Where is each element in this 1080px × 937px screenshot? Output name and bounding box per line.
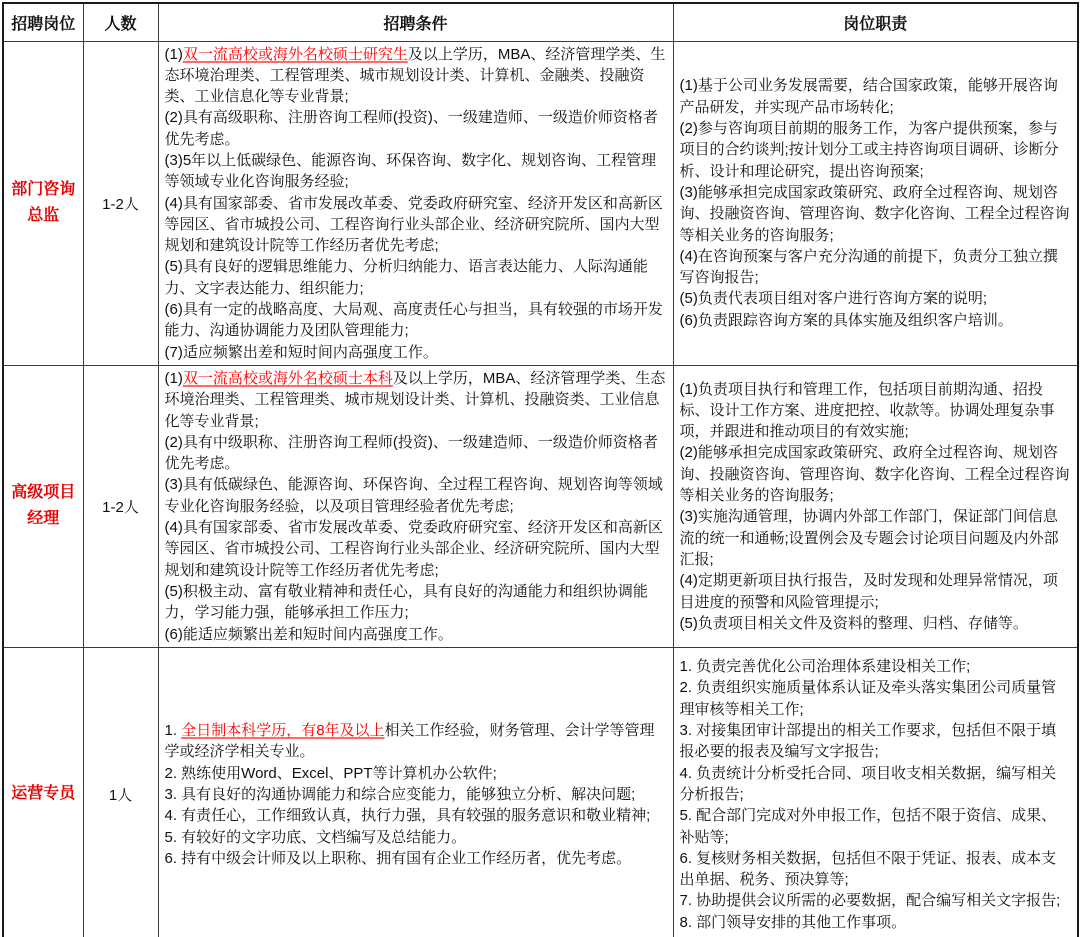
text-segment: 7. 协助提供会议所需的必要数据，配合编写相关文字报告; (680, 892, 1061, 909)
list-item: 3. 具有良好的沟通协调能力和综合应变能力，能够独立分析、解决问题; (165, 784, 667, 805)
header-requirements: 招聘条件 (158, 3, 673, 41)
text-segment: (7)适应频繁出差和短时间内高强度工作。 (165, 344, 438, 361)
text-segment: (1) (165, 370, 183, 387)
list-item: (2)参与咨询项目前期的服务工作，为客户提供预案，参与项目的合约谈判;按计划分工… (680, 118, 1072, 182)
duties-cell: 1. 负责完善优化公司治理体系建设相关工作;2. 负责组织实施质量体系认证及牵头… (673, 647, 1078, 937)
list-item: (3)具有低碳绿色、能源咨询、环保咨询、全过程工程咨询、规划咨询等领域专业化咨询… (165, 474, 667, 517)
list-item: 6. 持有中级会计师及以上职称、拥有国有企业工作经历者，优先考虑。 (165, 848, 667, 869)
text-segment: 5. 配合部门完成对外申报工作，包括不限于资信、成果、补贴等; (680, 807, 1057, 845)
list-item: (6)负责跟踪咨询方案的具体实施及组织客户培训。 (680, 310, 1072, 331)
red-underlined-text: 双一流高校或海外名校硕士研究生 (183, 46, 408, 63)
list-item: (1)双一流高校或海外名校硕士研究生及以上学历，MBA、经济管理学类、生态环境治… (165, 44, 667, 108)
text-segment: (2)参与咨询项目前期的服务工作，为客户提供预案，参与项目的合约谈判;按计划分工… (680, 120, 1059, 180)
table-row: 运营专员 1人 1. 全日制本科学历，有8年及以上相关工作经验，财务管理、会计学… (3, 647, 1078, 937)
list-item: (5)具有良好的逻辑思维能力、分析归纳能力、语言表达能力、人际沟通能力、文字表达… (165, 256, 667, 299)
text-segment: (5)负责项目相关文件及资料的整理、归档、存储等。 (680, 615, 1028, 632)
text-segment: (6)负责跟踪咨询方案的具体实施及组织客户培训。 (680, 312, 1013, 329)
list-item: (5)积极主动、富有敬业精神和责任心，具有良好的沟通能力和组织协调能力，学习能力… (165, 581, 667, 624)
text-segment: (4)具有国家部委、省市发展改革委、党委政府研究室、经济开发区和高新区等园区、省… (165, 519, 663, 579)
text-segment: (5)积极主动、富有敬业精神和责任心，具有良好的沟通能力和组织协调能力，学习能力… (165, 583, 648, 621)
text-segment: (1) (165, 46, 183, 63)
text-segment: (6)能适应频繁出差和短时间内高强度工作。 (165, 626, 453, 643)
list-item: 5. 配合部门完成对外申报工作，包括不限于资信、成果、补贴等; (680, 805, 1072, 848)
text-segment: (2)具有高级职称、注册咨询工程师(投资)、一级建造师、一级造价师资格者优先考虑… (165, 109, 658, 147)
list-item: (6)能适应频繁出差和短时间内高强度工作。 (165, 624, 667, 645)
list-item: 1. 全日制本科学历，有8年及以上相关工作经验，财务管理、会计学等管理学或经济学… (165, 720, 667, 763)
list-item: (5)负责项目相关文件及资料的整理、归档、存储等。 (680, 613, 1072, 634)
text-segment: 2. 负责组织实施质量体系认证及牵头落实集团公司质量管理审核等相关工作; (680, 679, 1057, 717)
table-row: 高级项目经理 1-2人 (1)双一流高校或海外名校硕士本科及以上学历，MBA、经… (3, 365, 1078, 647)
text-segment: (5)负责代表项目组对客户进行咨询方案的说明; (680, 290, 988, 307)
red-underlined-text: 全日制本科学历，有8年及以上 (181, 722, 384, 739)
list-item: (2)具有中级职称、注册咨询工程师(投资)、一级建造师、一级造价师资格者优先考虑… (165, 432, 667, 475)
requirements-cell: (1)双一流高校或海外名校硕士本科及以上学历，MBA、经济管理学类、生态环境治理… (158, 365, 673, 647)
headcount-value: 1人 (83, 647, 158, 937)
list-item: 2. 熟练使用Word、Excel、PPT等计算机办公软件; (165, 763, 667, 784)
table-row: 部门咨询总监 1-2人 (1)双一流高校或海外名校硕士研究生及以上学历，MBA、… (3, 41, 1078, 365)
table-header-row: 招聘岗位 人数 招聘条件 岗位职责 (3, 3, 1078, 41)
text-segment: (6)具有一定的战略高度、大局观、高度责任心与担当，具有较强的市场开发能力、沟通… (165, 301, 663, 339)
list-item: 2. 负责组织实施质量体系认证及牵头落实集团公司质量管理审核等相关工作; (680, 677, 1072, 720)
text-segment: 3. 对接集团审计部提出的相关工作要求，包括但不限于填报必要的报表及编写文字报告… (680, 722, 1057, 760)
list-item: 1. 负责完善优化公司治理体系建设相关工作; (680, 656, 1072, 677)
list-item: (1)负责项目执行和管理工作，包括项目前期沟通、招投标、设计工作方案、进度把控、… (680, 379, 1072, 443)
text-segment: (2)能够承担完成国家政策研究、政府全过程咨询、规划咨询、投融资咨询、管理咨询、… (680, 444, 1070, 504)
text-segment: (3)5年以上低碳绿色、能源咨询、环保咨询、数字化、规划咨询、工程管理等领域专业… (165, 152, 657, 190)
headcount-value: 1-2人 (83, 41, 158, 365)
text-segment: 1. 负责完善优化公司治理体系建设相关工作; (680, 658, 971, 675)
list-item: (4)具有国家部委、省市发展改革委、党委政府研究室、经济开发区和高新区等园区、省… (165, 193, 667, 257)
recruitment-table: 招聘岗位 人数 招聘条件 岗位职责 部门咨询总监 1-2人 (1)双一流高校或海… (2, 2, 1079, 937)
text-segment: (3)具有低碳绿色、能源咨询、环保咨询、全过程工程咨询、规划咨询等领域专业化咨询… (165, 476, 663, 514)
header-headcount: 人数 (83, 3, 158, 41)
list-item: (6)具有一定的战略高度、大局观、高度责任心与担当，具有较强的市场开发能力、沟通… (165, 299, 667, 342)
text-segment: (4)定期更新项目执行报告，及时发现和处理异常情况，项目进度的预警和风险管理提示… (680, 572, 1058, 610)
text-segment: 6. 复核财务相关数据，包括但不限于凭证、报表、成本支出单据、税务、预决算等; (680, 850, 1057, 888)
text-segment: 8. 部门领导安排的其他工作事项。 (680, 914, 907, 931)
text-segment: 5. 有较好的文字功底、文档编写及总结能力。 (165, 829, 467, 846)
text-segment: 4. 负责统计分析受托合同、项目收支相关数据，编写相关分析报告; (680, 765, 1057, 803)
list-item: (4)具有国家部委、省市发展改革委、党委政府研究室、经济开发区和高新区等园区、省… (165, 517, 667, 581)
list-item: (3)能够承担完成国家政策研究、政府全过程咨询、规划咨询、投融资咨询、管理咨询、… (680, 182, 1072, 246)
position-name: 运营专员 (3, 647, 83, 937)
text-segment: (2)具有中级职称、注册咨询工程师(投资)、一级建造师、一级造价师资格者优先考虑… (165, 434, 658, 472)
text-segment: (1)基于公司业务发展需要，结合国家政策，能够开展咨询产品研发，并实现产品市场转… (680, 77, 1058, 115)
list-item: (3)实施沟通管理，协调内外部工作部门，保证部门间信息流的统一和通畅;设置例会及… (680, 506, 1072, 570)
text-segment: 6. 持有中级会计师及以上职称、拥有国有企业工作经历者，优先考虑。 (165, 850, 632, 867)
position-name: 高级项目经理 (3, 365, 83, 647)
text-segment: 4. 有责任心，工作细致认真，执行力强，具有较强的服务意识和敬业精神; (165, 807, 651, 824)
requirements-cell: 1. 全日制本科学历，有8年及以上相关工作经验，财务管理、会计学等管理学或经济学… (158, 647, 673, 937)
header-position: 招聘岗位 (3, 3, 83, 41)
header-duties: 岗位职责 (673, 3, 1078, 41)
text-segment: (5)具有良好的逻辑思维能力、分析归纳能力、语言表达能力、人际沟通能力、文字表达… (165, 258, 648, 296)
position-name: 部门咨询总监 (3, 41, 83, 365)
list-item: 5. 有较好的文字功底、文档编写及总结能力。 (165, 827, 667, 848)
requirements-cell: (1)双一流高校或海外名校硕士研究生及以上学历，MBA、经济管理学类、生态环境治… (158, 41, 673, 365)
text-segment: (3)能够承担完成国家政策研究、政府全过程咨询、规划咨询、投融资咨询、管理咨询、… (680, 184, 1070, 244)
list-item: (1)基于公司业务发展需要，结合国家政策，能够开展咨询产品研发，并实现产品市场转… (680, 75, 1072, 118)
list-item: (3)5年以上低碳绿色、能源咨询、环保咨询、数字化、规划咨询、工程管理等领域专业… (165, 150, 667, 193)
list-item: (5)负责代表项目组对客户进行咨询方案的说明; (680, 288, 1072, 309)
list-item: (2)具有高级职称、注册咨询工程师(投资)、一级建造师、一级造价师资格者优先考虑… (165, 107, 667, 150)
text-segment: (4)具有国家部委、省市发展改革委、党委政府研究室、经济开发区和高新区等园区、省… (165, 195, 663, 255)
list-item: (1)双一流高校或海外名校硕士本科及以上学历，MBA、经济管理学类、生态环境治理… (165, 368, 667, 432)
list-item: (4)定期更新项目执行报告，及时发现和处理异常情况，项目进度的预警和风险管理提示… (680, 570, 1072, 613)
list-item: (2)能够承担完成国家政策研究、政府全过程咨询、规划咨询、投融资咨询、管理咨询、… (680, 442, 1072, 506)
duties-cell: (1)基于公司业务发展需要，结合国家政策，能够开展咨询产品研发，并实现产品市场转… (673, 41, 1078, 365)
list-item: 7. 协助提供会议所需的必要数据，配合编写相关文字报告; (680, 890, 1072, 911)
duties-cell: (1)负责项目执行和管理工作，包括项目前期沟通、招投标、设计工作方案、进度把控、… (673, 365, 1078, 647)
text-segment: 2. 熟练使用Word、Excel、PPT等计算机办公软件; (165, 765, 497, 782)
text-segment: (1)负责项目执行和管理工作，包括项目前期沟通、招投标、设计工作方案、进度把控、… (680, 381, 1055, 441)
text-segment: 3. 具有良好的沟通协调能力和综合应变能力，能够独立分析、解决问题; (165, 786, 636, 803)
red-underlined-text: 双一流高校或海外名校硕士本科 (183, 370, 393, 387)
list-item: (7)适应频繁出差和短时间内高强度工作。 (165, 342, 667, 363)
text-segment: 1. (165, 722, 182, 739)
list-item: (4)在咨询预案与客户充分沟通的前提下，负责分工独立撰写咨询报告; (680, 246, 1072, 289)
list-item: 6. 复核财务相关数据，包括但不限于凭证、报表、成本支出单据、税务、预决算等; (680, 848, 1072, 891)
list-item: 8. 部门领导安排的其他工作事项。 (680, 912, 1072, 933)
text-segment: (3)实施沟通管理，协调内外部工作部门，保证部门间信息流的统一和通畅;设置例会及… (680, 508, 1059, 568)
list-item: 4. 负责统计分析受托合同、项目收支相关数据，编写相关分析报告; (680, 763, 1072, 806)
list-item: 3. 对接集团审计部提出的相关工作要求，包括但不限于填报必要的报表及编写文字报告… (680, 720, 1072, 763)
list-item: 4. 有责任心，工作细致认真，执行力强，具有较强的服务意识和敬业精神; (165, 805, 667, 826)
headcount-value: 1-2人 (83, 365, 158, 647)
text-segment: (4)在咨询预案与客户充分沟通的前提下，负责分工独立撰写咨询报告; (680, 248, 1058, 286)
